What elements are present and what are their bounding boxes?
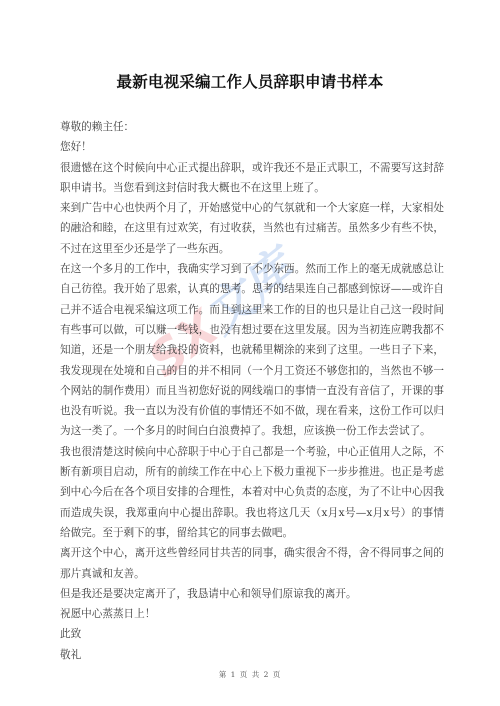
greeting: 您好！ xyxy=(60,137,444,157)
closing-line: 此致 xyxy=(60,624,444,644)
paragraph: 但是我还是要决定离开了，我恳请中心和领导们原谅我的离开。 xyxy=(60,584,444,604)
paragraph: 我也很清楚这时候向中心辞职于中心于自己都是一个考验，中心正值用人之际，不断有新项… xyxy=(60,442,444,543)
document-body: 尊敬的赖主任： 您好！ 很遗憾在这个时候向中心正式提出辞职，或许我还不是正式职工… xyxy=(60,117,444,665)
paragraph: 来到广告中心也快两个月了，开始感觉中心的气氛就和一个大家庭一样，大家相处的融洽和… xyxy=(60,198,444,259)
document-title: 最新电视采编工作人员辞职申请书样本 xyxy=(0,70,500,92)
salutation: 尊敬的赖主任： xyxy=(60,117,444,137)
paragraph: 很遗憾在这个时候向中心正式提出辞职，或许我还不是正式职工，不需要写这封辞职申请书… xyxy=(60,158,444,199)
paragraph: 离开这个中心，离开这些曾经同甘共苦的同事，确实很舍不得，舍不得同事之间的那片真诚… xyxy=(60,543,444,584)
page-number: 第 1 页 共 2 页 xyxy=(0,669,500,680)
wish-line: 祝愿中心蒸蒸日上！ xyxy=(60,604,444,624)
document-page: SX文库 最新电视采编工作人员辞职申请书样本 尊敬的赖主任： 您好！ 很遗憾在这… xyxy=(0,0,500,706)
paragraph: 在这一个多月的工作中，我确实学习到了不少东西。然而工作上的毫无成就感总让自己彷徨… xyxy=(60,259,444,442)
closing-salute: 敬礼 xyxy=(60,645,444,665)
